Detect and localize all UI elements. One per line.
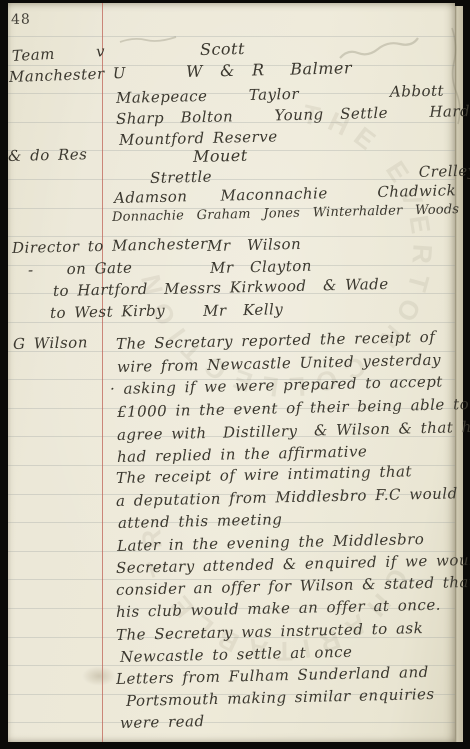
ink-smudge (82, 666, 116, 686)
official-west-kirby: Mr Kelly (203, 299, 284, 321)
margin-note-to-hartford: to Hartford (53, 279, 148, 301)
minutes-line: attend this meeting (118, 509, 283, 533)
first-team-backs: W & R Balmer (186, 58, 352, 82)
ruled-line (8, 36, 455, 37)
first-team-goalkeeper: Scott (200, 39, 245, 60)
minutes-line: were read (120, 711, 205, 733)
page-number: 48 (11, 10, 31, 30)
margin-note-opponent: Manchester U (9, 63, 127, 87)
margin-note-on-gate: - on Gate (28, 258, 133, 280)
official-manchester: Mr Wilson (207, 234, 302, 256)
official-gate: Mr Clayton (210, 256, 312, 278)
margin-note-reserve: & do Res (8, 144, 88, 166)
scanned-minute-book-page: THE EVERTON COLLECTION CHARITABLE TRUST … (0, 0, 470, 749)
margin-note-to-west-kirby: to West Kirby (50, 300, 166, 323)
reserve-team-goalkeeper: Mouet (193, 146, 248, 167)
ruled-line (8, 722, 455, 723)
red-margin-line (102, 3, 103, 742)
margin-note-g-wilson: G Wilson (13, 332, 88, 354)
